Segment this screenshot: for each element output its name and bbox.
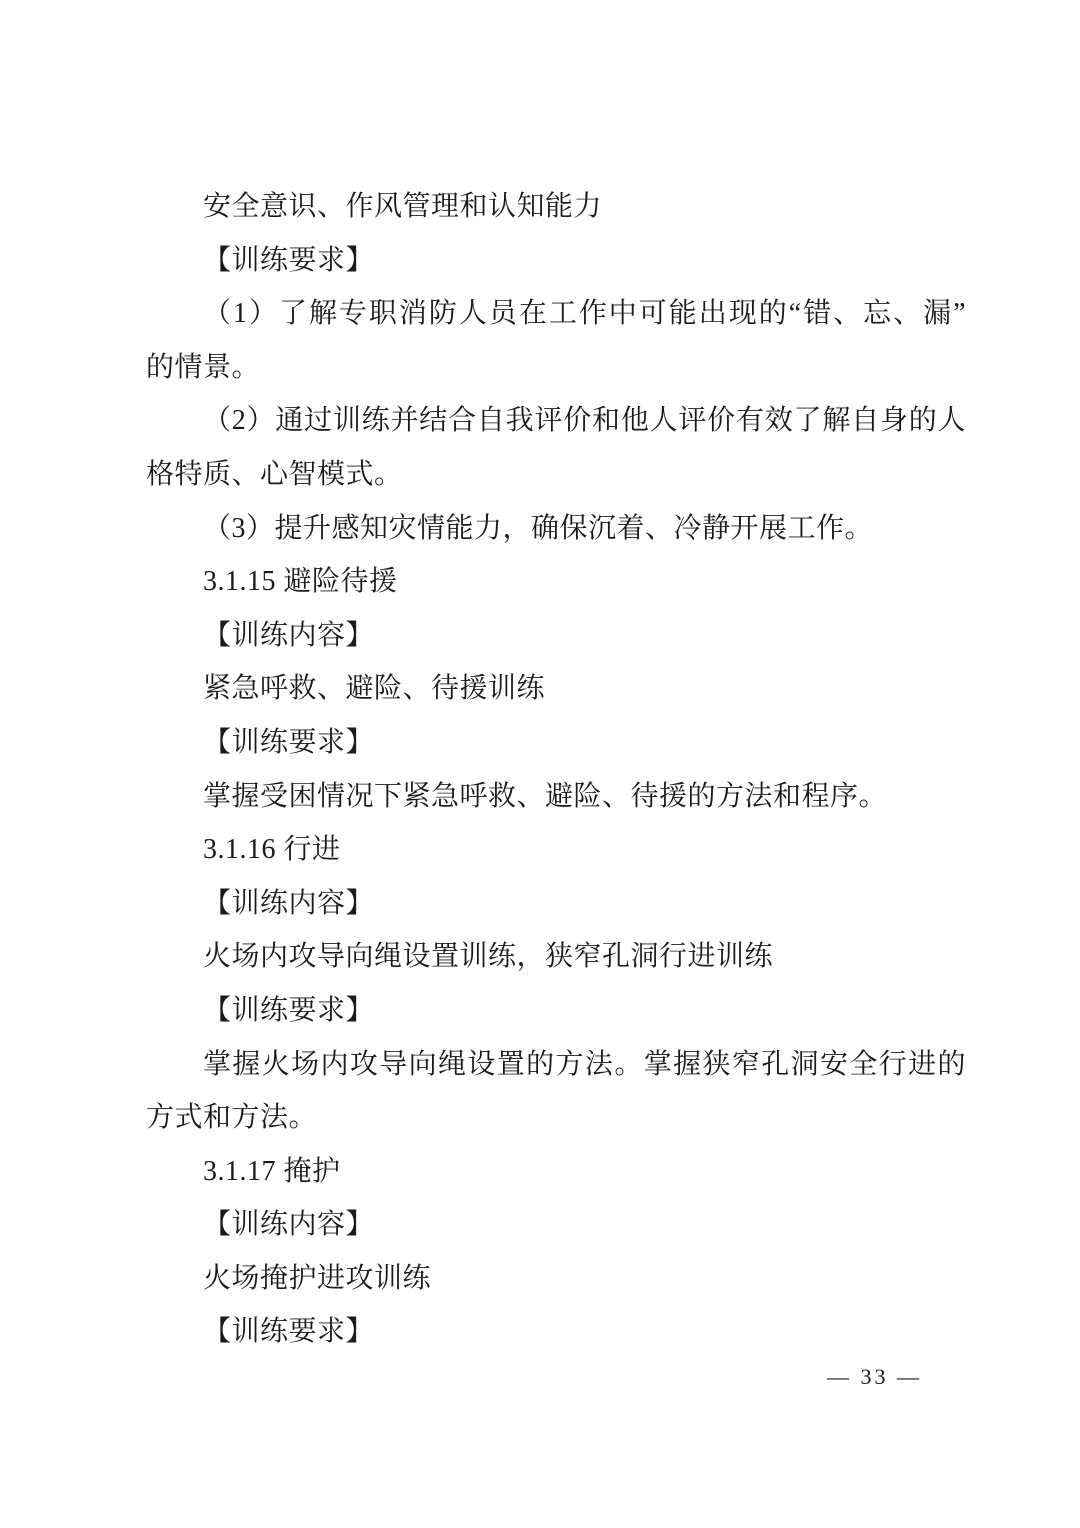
requirement-item-2-line-1: （2）通过训练并结合自我评价和他人评价有效了解自身的人 — [146, 394, 966, 448]
document-page: 安全意识、作风管理和认知能力【训练要求】（1）了解专职消防人员在工作中可能出现的… — [0, 0, 1080, 1528]
training-requirements-heading: 【训练要求】 — [146, 716, 966, 770]
training-content-text: 紧急呼救、避险、待援训练 — [146, 662, 966, 716]
page-number: — 33 — — [827, 1364, 922, 1390]
training-requirements-text-line-2: 方式和方法。 — [146, 1091, 966, 1145]
requirement-item-3: （3）提升感知灾情能力，确保沉着、冷静开展工作。 — [146, 502, 966, 556]
requirement-item-1-line-1: （1）了解专职消防人员在工作中可能出现的“错、忘、漏” — [146, 287, 966, 341]
section-number-3-1-17: 3.1.17 掩护 — [146, 1145, 966, 1199]
training-content-text: 火场掩护进攻训练 — [146, 1252, 966, 1306]
training-content-heading: 【训练内容】 — [146, 877, 966, 931]
training-requirements-heading: 【训练要求】 — [146, 1305, 966, 1359]
training-content-heading: 【训练内容】 — [146, 609, 966, 663]
section-number-3-1-15: 3.1.15 避险待援 — [146, 555, 966, 609]
competency-description-line: 安全意识、作风管理和认知能力 — [146, 180, 966, 234]
requirement-item-2-line-2: 格特质、心智模式。 — [146, 448, 966, 502]
requirement-item-1-line-2: 的情景。 — [146, 341, 966, 395]
training-requirements-text: 掌握受困情况下紧急呼救、避险、待援的方法和程序。 — [146, 770, 966, 824]
document-body: 安全意识、作风管理和认知能力【训练要求】（1）了解专职消防人员在工作中可能出现的… — [146, 180, 966, 1359]
training-content-heading: 【训练内容】 — [146, 1198, 966, 1252]
training-requirements-heading: 【训练要求】 — [146, 234, 966, 288]
training-content-text: 火场内攻导向绳设置训练，狭窄孔洞行进训练 — [146, 930, 966, 984]
training-requirements-text-line-1: 掌握火场内攻导向绳设置的方法。掌握狭窄孔洞安全行进的 — [146, 1038, 966, 1092]
training-requirements-heading: 【训练要求】 — [146, 984, 966, 1038]
section-number-3-1-16: 3.1.16 行进 — [146, 823, 966, 877]
